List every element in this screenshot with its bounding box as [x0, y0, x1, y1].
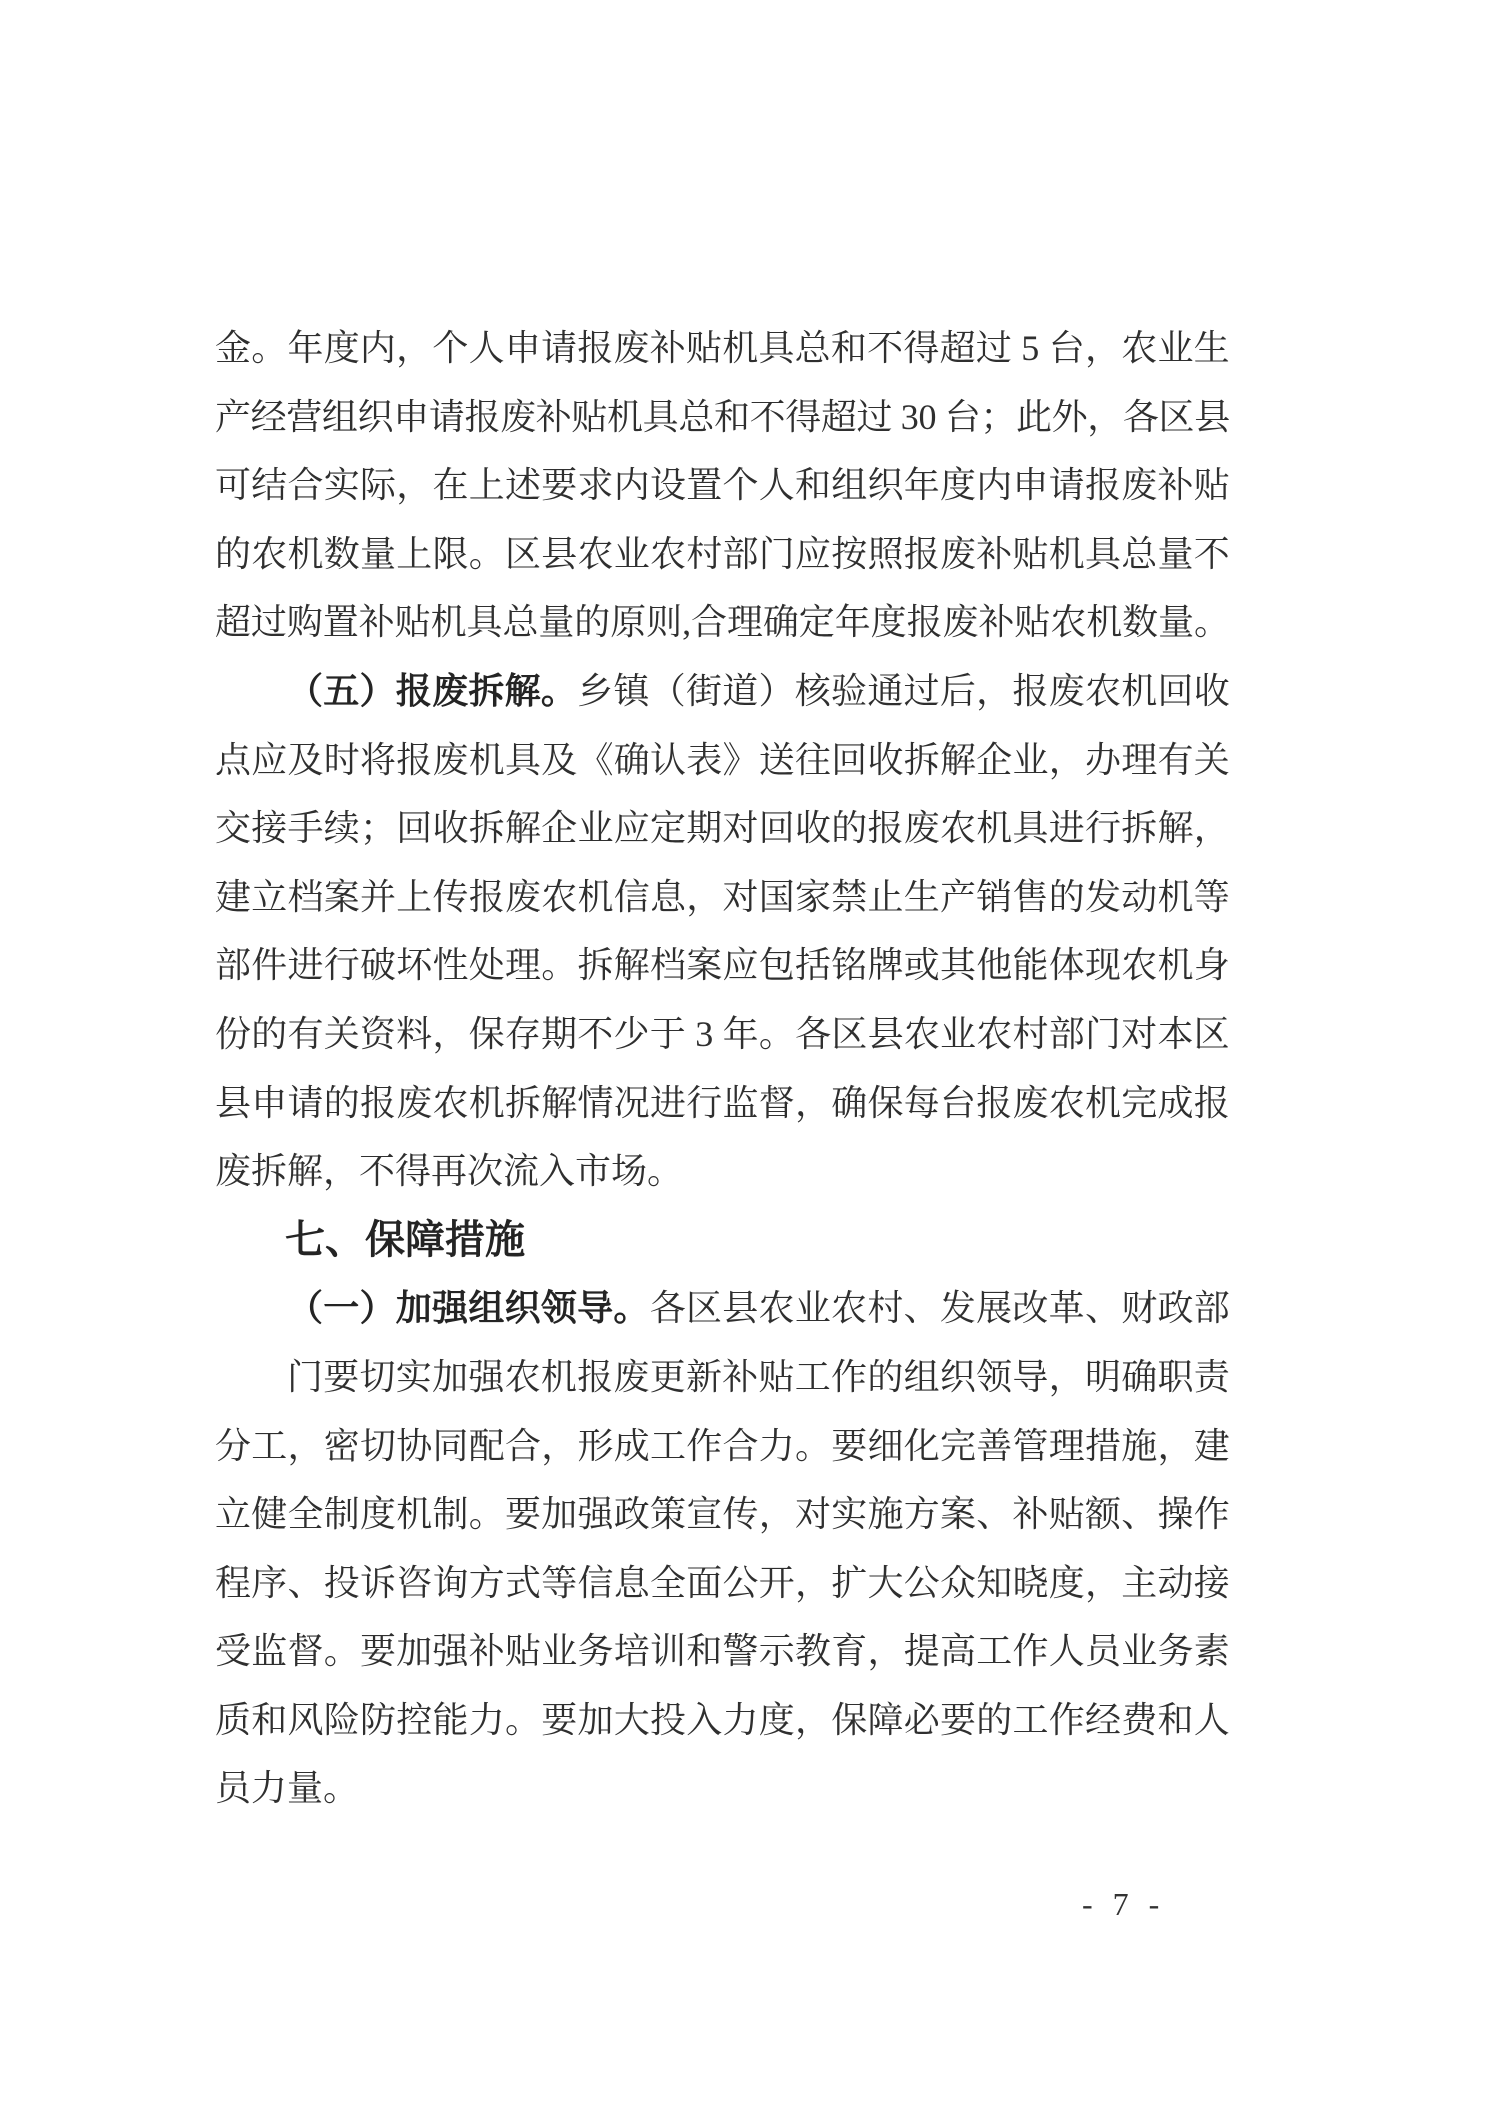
text-line: 可结合实际，在上述要求内设置个人和组织年度内申请报废补贴: [215, 451, 1230, 520]
text-line: 门要切实加强农机报废更新补贴工作的组织领导，明确职责: [215, 1343, 1230, 1412]
text-line: 员力量。: [215, 1754, 1230, 1823]
text-line: 建立档案并上传报废农机信息，对国家禁止生产销售的发动机等: [215, 863, 1230, 932]
text-line: （五）报废拆解。乡镇（街道）核验通过后，报废农机回收: [215, 657, 1230, 726]
text-line: 产经营组织申请报废补贴机具总和不得超过 30 台；此外，各区县: [215, 383, 1230, 452]
document-body: 金。年度内，个人申请报废补贴机具总和不得超过 5 台，农业生产经营组织申请报废补…: [215, 314, 1230, 1823]
document-page: 金。年度内，个人申请报废补贴机具总和不得超过 5 台，农业生产经营组织申请报废补…: [0, 0, 1487, 2105]
text-line: （一）加强组织领导。各区县农业农村、发展改革、财政部: [215, 1274, 1230, 1343]
text-line: 份的有关资料，保存期不少于 3 年。各区县农业农村部门对本区: [215, 1000, 1230, 1069]
text-line: 金。年度内，个人申请报废补贴机具总和不得超过 5 台，农业生: [215, 314, 1230, 383]
text-line: 受监督。要加强补贴业务培训和警示教育，提高工作人员业务素: [215, 1617, 1230, 1686]
section-heading: 七、保障措施: [215, 1206, 1230, 1275]
text-line: 程序、投诉咨询方式等信息全面公开，扩大公众知晓度，主动接: [215, 1549, 1230, 1618]
page: { "page": { "background": "#ffffff", "in…: [0, 0, 1487, 2105]
text-line: 点应及时将报废机具及《确认表》送往回收拆解企业，办理有关: [215, 726, 1230, 795]
text-line: 分工，密切协同配合，形成工作合力。要细化完善管理措施，建: [215, 1412, 1230, 1481]
text-line: 部件进行破坏性处理。拆解档案应包括铭牌或其他能体现农机身: [215, 931, 1230, 1000]
text-line: 质和风险防控能力。要加大投入力度，保障必要的工作经费和人: [215, 1686, 1230, 1755]
text-line: 立健全制度机制。要加强政策宣传，对实施方案、补贴额、操作: [215, 1480, 1230, 1549]
text-line: 废拆解，不得再次流入市场。: [215, 1137, 1230, 1206]
text-line: 超过购置补贴机具总量的原则,合理确定年度报废补贴农机数量。: [215, 588, 1230, 657]
text-line: 县申请的报废农机拆解情况进行监督，确保每台报废农机完成报: [215, 1069, 1230, 1138]
text-line: 的农机数量上限。区县农业农村部门应按照报废补贴机具总量不: [215, 520, 1230, 589]
text-line: 交接手续；回收拆解企业应定期对回收的报废农机具进行拆解，: [215, 794, 1230, 863]
page-number: - 7 -: [1082, 1884, 1165, 1924]
